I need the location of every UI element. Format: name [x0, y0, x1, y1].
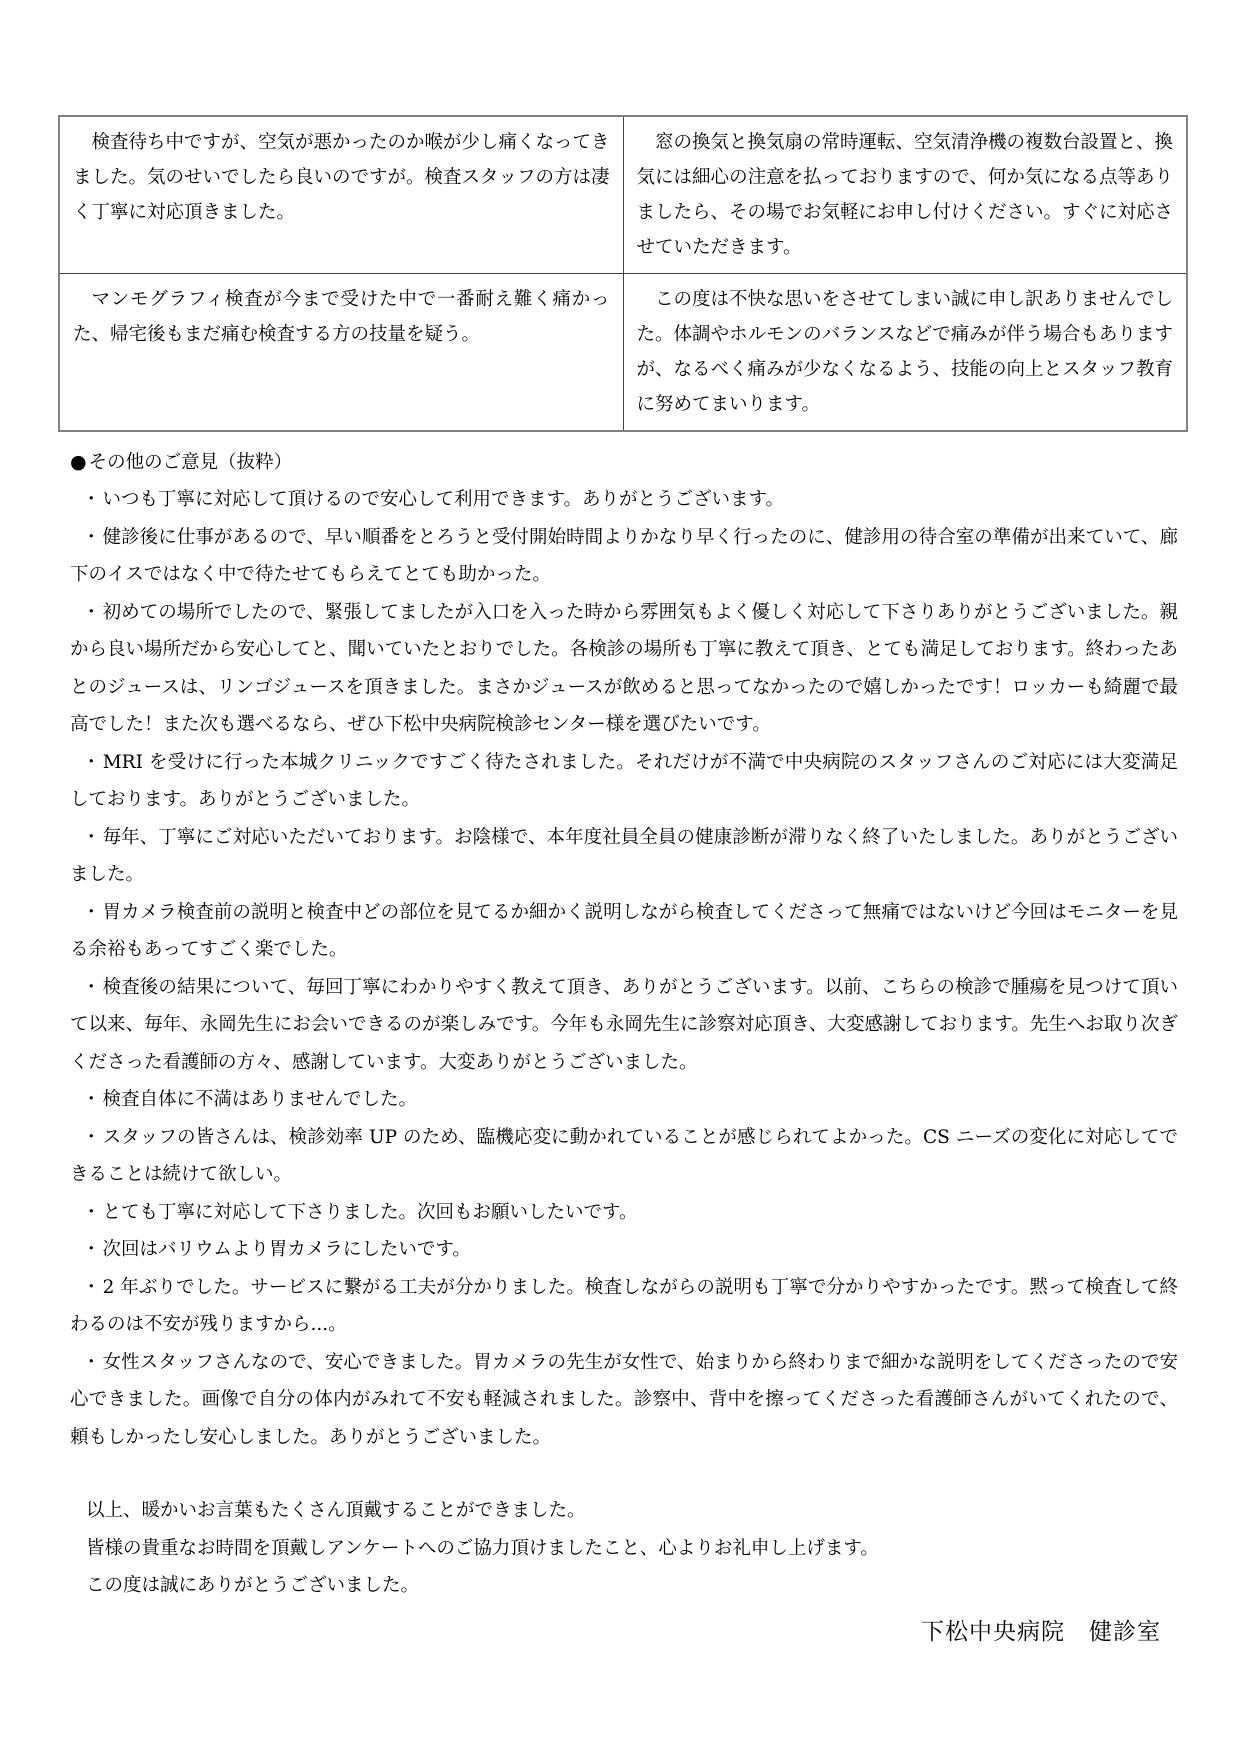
bullet-marker: ・ — [82, 1127, 103, 1148]
list-item: ・MRI を受けに行った本城クリニックですごく待たされました。それだけが不満で中… — [70, 744, 1178, 819]
list-item-text: MRI を受けに行った本城クリニックですごく待たされました。それだけが不満で中央… — [70, 752, 1178, 811]
bullet-marker: ・ — [82, 1277, 103, 1298]
list-item: ・毎年、丁寧にご対応いただいております。お陰様で、本年度社員全員の健康診断が滞り… — [70, 819, 1178, 894]
bullet-marker: ・ — [82, 902, 103, 923]
black-circle-icon: ● — [70, 451, 89, 473]
bullet-marker: ・ — [82, 602, 103, 623]
opinion-cell: マンモグラフィ検査が今まで受けた中で一番耐え難く痛かった、帰宅後もまだ痛む検査す… — [59, 274, 623, 432]
section-title-label: その他のご意見（抜粋） — [89, 452, 293, 473]
list-item: ・とても丁寧に対応して下さりました。次回もお願いしたいです。 — [70, 1194, 1178, 1232]
list-item: ・スタッフの皆さんは、検診効率 UP のため、臨機応変に動かれていることが感じら… — [70, 1119, 1178, 1194]
closing-line: 皆様の貴重なお時間を頂戴しアンケートへのご協力頂けましたこと、心よりお礼申し上げ… — [70, 1530, 1178, 1568]
section-title: ●その他のご意見（抜粋） — [68, 444, 1178, 481]
list-item: ・女性スタッフさんなので、安心できました。胃カメラの先生が女性で、始まりから終わ… — [70, 1344, 1178, 1457]
list-item-text: いつも丁寧に対応して頂けるので安心して利用できます。ありがとうございます。 — [103, 489, 785, 510]
closing-line: 以上、暖かいお言葉もたくさん頂戴することができました。 — [70, 1492, 1178, 1530]
reply-cell: この度は不快な思いをさせてしまい誠に申し訳ありませんでした。体調やホルモンのバラ… — [623, 274, 1187, 432]
opinion-cell: 検査待ち中ですが、空気が悪かったのか喉が少し痛くなってきました。気のせいでしたら… — [59, 116, 623, 274]
table-row: 検査待ち中ですが、空気が悪かったのか喉が少し痛くなってきました。気のせいでしたら… — [59, 116, 1187, 274]
list-item-text: 検査後の結果について、毎回丁寧にわかりやすく教えて頂き、ありがとうございます。以… — [70, 977, 1178, 1073]
list-item-text: スタッフの皆さんは、検診効率 UP のため、臨機応変に動かれていることが感じられ… — [70, 1127, 1178, 1186]
list-item-text: とても丁寧に対応して下さりました。次回もお願いしたいです。 — [103, 1202, 638, 1223]
list-item: ・いつも丁寧に対応して頂けるので安心して利用できます。ありがとうございます。 — [70, 481, 1178, 519]
bullet-marker: ・ — [82, 827, 103, 848]
reply-cell: 窓の換気と換気扇の常時運転、空気清浄機の複数台設置と、換気には細心の注意を払って… — [623, 116, 1187, 274]
list-item: ・検査自体に不満はありませんでした。 — [70, 1081, 1178, 1119]
list-item-text: 女性スタッフさんなので、安心できました。胃カメラの先生が女性で、始まりから終わり… — [70, 1352, 1178, 1448]
bullet-marker: ・ — [82, 489, 103, 510]
document-page: 検査待ち中ですが、空気が悪かったのか喉が少し痛くなってきました。気のせいでしたら… — [0, 0, 1241, 1755]
bullet-marker: ・ — [82, 1352, 103, 1373]
list-item-text: 毎年、丁寧にご対応いただいております。お陰様で、本年度社員全員の健康診断が滞りな… — [70, 827, 1178, 886]
list-item-text: 2 年ぶりでした。サービスに繋がる工夫が分かりました。検査しながらの説明も丁寧で… — [70, 1277, 1178, 1336]
list-item: ・2 年ぶりでした。サービスに繋がる工夫が分かりました。検査しながらの説明も丁寧… — [70, 1269, 1178, 1344]
list-item-text: 初めての場所でしたので、緊張してましたが入口を入った時から雰囲気もよく優しく対応… — [70, 602, 1178, 736]
list-item: ・健診後に仕事があるので、早い順番をとろうと受付開始時間よりかなり早く行ったのに… — [70, 519, 1178, 594]
bullet-marker: ・ — [82, 527, 103, 548]
bullet-marker: ・ — [82, 1239, 103, 1260]
feedback-table: 検査待ち中ですが、空気が悪かったのか喉が少し痛くなってきました。気のせいでしたら… — [58, 115, 1188, 432]
bullet-marker: ・ — [82, 977, 103, 998]
bullet-marker: ・ — [82, 1089, 103, 1110]
list-item: ・次回はバリウムより胃カメラにしたいです。 — [70, 1231, 1178, 1269]
bullet-marker: ・ — [82, 752, 103, 773]
closing-line: この度は誠にありがとうございました。 — [70, 1567, 1178, 1605]
list-item-text: 次回はバリウムより胃カメラにしたいです。 — [103, 1239, 471, 1260]
opinion-list: ・いつも丁寧に対応して頂けるので安心して利用できます。ありがとうございます。 ・… — [70, 481, 1178, 1456]
list-item: ・初めての場所でしたので、緊張してましたが入口を入った時から雰囲気もよく優しく対… — [70, 594, 1178, 744]
closing-block: 以上、暖かいお言葉もたくさん頂戴することができました。 皆様の貴重なお時間を頂戴… — [70, 1492, 1178, 1605]
list-item: ・検査後の結果について、毎回丁寧にわかりやすく教えて頂き、ありがとうございます。… — [70, 969, 1178, 1082]
bullet-marker: ・ — [82, 1202, 103, 1223]
list-item-text: 胃カメラ検査前の説明と検査中どの部位を見てるか細かく説明しながら検査してくださっ… — [70, 902, 1178, 961]
list-item-text: 健診後に仕事があるので、早い順番をとろうと受付開始時間よりかなり早く行ったのに、… — [70, 527, 1178, 586]
signature: 下松中央病院 健診室 — [0, 1611, 1161, 1653]
table-row: マンモグラフィ検査が今まで受けた中で一番耐え難く痛かった、帰宅後もまだ痛む検査す… — [59, 274, 1187, 432]
list-item: ・胃カメラ検査前の説明と検査中どの部位を見てるか細かく説明しながら検査してくださ… — [70, 894, 1178, 969]
list-item-text: 検査自体に不満はありませんでした。 — [103, 1089, 418, 1110]
